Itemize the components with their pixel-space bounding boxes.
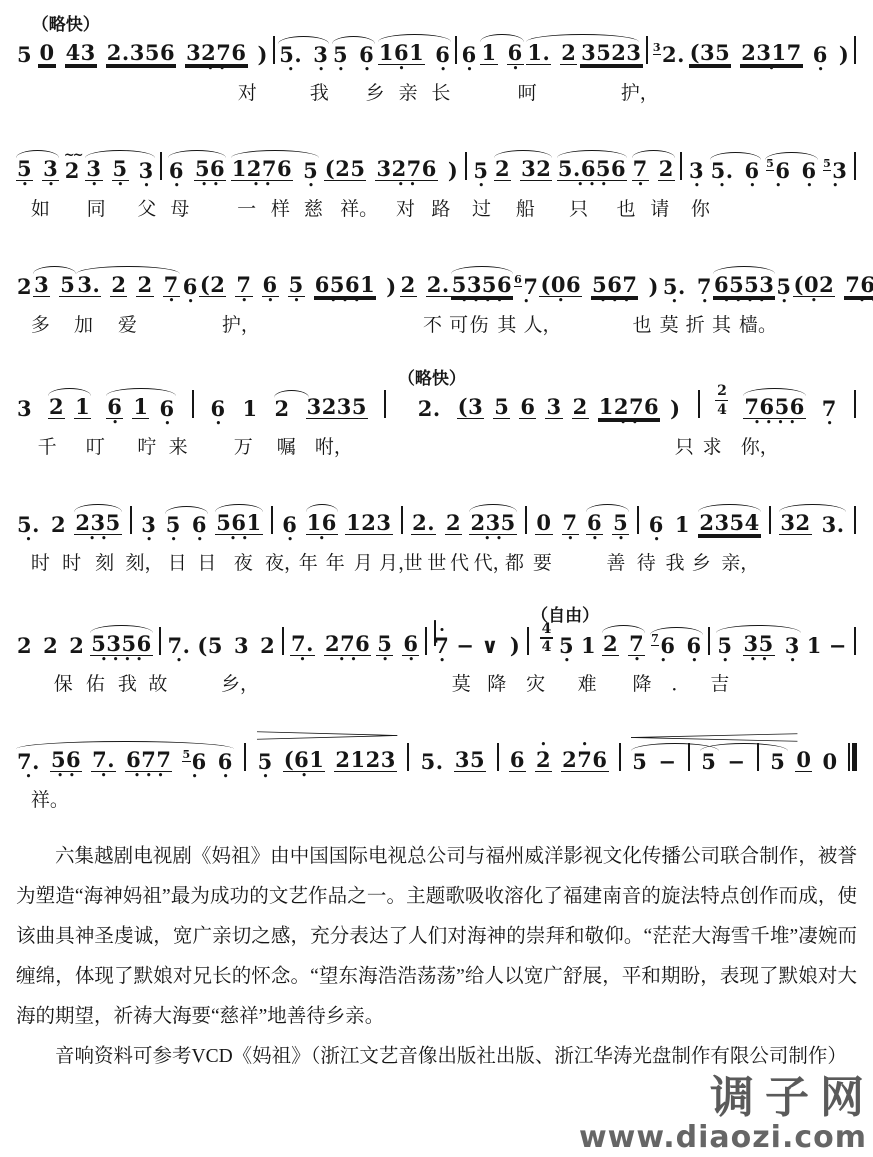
octave-dots-below: • [716, 659, 733, 664]
lyric-syllable: 保 [54, 669, 73, 696]
note-group: 2354 [698, 512, 760, 535]
note-group: 6•16• [106, 396, 175, 419]
lyric-syllable: 船 [516, 194, 535, 221]
barline [160, 152, 162, 180]
note: 276•• [324, 633, 371, 656]
note-group: 6•1 [648, 514, 691, 535]
note: 7• [562, 512, 579, 535]
note: 6• [358, 44, 375, 65]
octave-dots-below: • [283, 774, 326, 779]
note-group: 35 [33, 274, 76, 297]
note-group: 5.656••• [557, 158, 627, 181]
lyric-syllable: 也 [633, 310, 652, 337]
octave-dots-below: •• [50, 774, 82, 779]
barline [646, 36, 648, 64]
lyric-syllable: 对 [396, 194, 415, 221]
note-group: 5356•••• [90, 633, 152, 656]
grace-note: 6 [514, 273, 522, 287]
note-group: 3 [16, 398, 33, 419]
note: 123 [345, 512, 392, 535]
lyric-syllable: ． [671, 669, 690, 696]
barline [525, 506, 527, 534]
lyric-syllable: 千 [38, 432, 57, 459]
note: 1 [74, 396, 91, 419]
note: 5 [493, 396, 510, 419]
note-group: 1276••5• [231, 158, 320, 181]
lyric-syllable: 我 [118, 669, 137, 696]
octave-dots-below: • [472, 184, 489, 189]
note: 276• [561, 749, 608, 772]
note: 32 [779, 512, 811, 535]
music-system-6: 2225356••••7.•(5327.•276••5•6•7•−∨)（自由）4… [14, 592, 859, 697]
note: 6• [744, 160, 761, 181]
lyric-syllable: 同 [87, 194, 106, 221]
time-signature: 44 [540, 622, 553, 655]
note: 7• [628, 633, 645, 656]
octave-dots-below: • [138, 184, 155, 189]
note: (35 [689, 42, 732, 65]
barline [854, 390, 856, 418]
note-group: 16• [306, 512, 338, 535]
note-group: 7.•276•• [290, 633, 371, 656]
note-group: 67• [513, 276, 539, 297]
octave-dots-below: • [376, 658, 393, 663]
note: 6• [507, 42, 524, 65]
note-group: 1 [806, 635, 823, 656]
lyric-syllable: 夜， [265, 548, 303, 575]
octave-dots-below: • [191, 538, 208, 543]
octave-dots-below: •••• [743, 421, 805, 426]
note: (61• [283, 749, 326, 772]
note: 5.656••• [557, 158, 627, 181]
lyric-syllable: 长 [431, 78, 450, 105]
barline [407, 743, 409, 771]
note-group: 53• [822, 160, 848, 181]
note-group: 323. [779, 512, 845, 535]
note: 32 [520, 158, 552, 181]
watermark-site-url: www.diaozi.com [579, 1123, 867, 1153]
lyric-syllable: 嘱 [277, 432, 296, 459]
note-group: − [455, 635, 475, 656]
note: 6561••• [314, 274, 376, 297]
note: 6• [262, 274, 279, 297]
music-system-5: 5.•2235••3•5•6•561••6•16•1232.2235••07•6… [14, 476, 859, 575]
note: 76• [650, 635, 676, 656]
octave-dots-below: • [163, 299, 180, 304]
slur-arc [16, 741, 234, 749]
note: 5• [612, 512, 629, 535]
barline [708, 627, 710, 655]
barline [273, 36, 275, 64]
octave-dots-below: • [312, 68, 329, 73]
grace-note: 7 [651, 632, 659, 646]
note: 2 [274, 398, 291, 419]
note: 56• [765, 160, 791, 181]
octave-dots-below: • [558, 659, 575, 664]
octave-dots-below: • [765, 184, 791, 189]
note-group: 561•• [215, 512, 262, 535]
notation-line: 3216•16•6•123235（略快）2.(356321276••)24765… [14, 354, 859, 432]
octave-dots-below: • [710, 184, 735, 189]
barline [192, 390, 194, 418]
note-group: 5•6• [376, 633, 419, 656]
octave-dots-below: • [628, 658, 645, 663]
note-group: 161•6• [378, 42, 451, 65]
notation-line: 7.•56••7.•677•••56•6•5•(61•21235.3562•27… [14, 713, 859, 785]
note-group: 6553•••• [713, 274, 775, 297]
note-group: 1 [241, 398, 258, 419]
octave-dots-below: ••• [557, 183, 627, 188]
lyric-syllable: 亲， [721, 548, 759, 575]
octave-dots-below: • [822, 184, 848, 189]
note-group: 3.227• [76, 274, 179, 297]
note: 2~~ [64, 160, 81, 181]
lyric-syllable: 其 [497, 310, 516, 337]
octave-dots-below: • [85, 183, 102, 188]
note: 16• [306, 512, 338, 535]
note: 2 [572, 396, 589, 419]
sheet-music: 5（略快）0432.3563276••)5.•3•5•6•161•6•6•16•… [0, 0, 873, 812]
octave-dots-below: • [696, 300, 713, 305]
lyric-syllable: 其 [712, 310, 731, 337]
final-barline [848, 743, 857, 771]
lyric-syllable: 待 [637, 548, 656, 575]
lyric-syllable: 日 [168, 548, 187, 575]
note-group: 2.2 [411, 512, 462, 535]
octave-dots-below: • [648, 538, 665, 543]
note: 5 [631, 751, 648, 772]
note: 2 [68, 635, 85, 656]
note: − [657, 751, 677, 772]
note-group: 500 [769, 749, 838, 772]
note: 7• [235, 274, 252, 297]
note: ) [647, 276, 659, 297]
note: 2 [560, 42, 577, 65]
note: 235•• [469, 512, 516, 535]
barline [384, 390, 386, 418]
note-group: 5•35••3• [716, 633, 800, 656]
lyric-syllable: 日 [197, 548, 216, 575]
note-group: 3• [140, 514, 157, 535]
note: 567••• [591, 274, 638, 297]
octave-dots-below: • [42, 183, 59, 188]
lyric-syllable: 代 [450, 548, 469, 575]
note: 3• [140, 514, 157, 535]
note: 3. [76, 274, 101, 297]
lyric-syllable: 祥。 [340, 194, 378, 221]
note: 1 [806, 635, 823, 656]
lyric-syllable: 你 [691, 194, 710, 221]
note: 6• [106, 396, 123, 419]
note: 6• [434, 44, 451, 65]
note: 5• [16, 158, 33, 181]
note: 5• [775, 276, 792, 297]
barline [680, 152, 682, 180]
note-group: 235•• [469, 512, 516, 535]
note: 2317• [740, 42, 802, 65]
note: 5• [288, 274, 305, 297]
octave-dots-below: • [217, 775, 234, 780]
decrescendo-hairpin [257, 731, 397, 740]
note-group: 5 [16, 44, 33, 65]
note-group: 35 [454, 749, 486, 772]
note: 2 [400, 274, 417, 297]
octave-dots-below: • [257, 775, 274, 780]
lyric-syllable: 我 [310, 78, 329, 105]
note: 6 [509, 749, 526, 772]
octave-dots-below: • [632, 183, 649, 188]
octave-dots-below: • [278, 68, 303, 73]
note: 3• [312, 44, 329, 65]
note: 1276•• [231, 158, 293, 181]
note: 56• [181, 751, 207, 772]
note: 6553•••• [713, 274, 775, 297]
note-group: 6• [182, 276, 199, 297]
lyric-syllable: 降 [633, 669, 652, 696]
note: 7• [696, 276, 713, 297]
lyric-syllable: 乡， [221, 669, 259, 696]
fermata-dot [440, 628, 443, 631]
lyric-syllable: 不 [423, 310, 442, 337]
lyric-line: 时时刻刻，日日夜夜，年年月月，世世代代，都要善待我乡亲， [14, 548, 859, 575]
note-group: (06•567•••) [539, 274, 659, 297]
note: ) [385, 276, 397, 297]
note-group: 2. [417, 398, 442, 419]
note-group: 62•276• [509, 749, 609, 772]
lyric-syllable: 时 [31, 548, 50, 575]
note: 2 [16, 635, 33, 656]
note-group: 5• [472, 160, 489, 181]
note: (5 [196, 635, 224, 656]
lyric-syllable: 样 [271, 194, 290, 221]
note-group: 5− [700, 751, 746, 772]
note: 3276•• [185, 42, 247, 65]
note-group: 5• [775, 276, 792, 297]
note-group: 235•• [74, 512, 121, 535]
note-group: 5− [631, 751, 677, 772]
note: 7.• [167, 635, 192, 656]
note-group: 7.•56••7.•677•••56•6• [16, 749, 234, 772]
note: (06• [539, 274, 582, 297]
octave-dots-below: •• [194, 183, 226, 188]
note: 3 [33, 274, 50, 297]
lyric-syllable: 护， [222, 310, 260, 337]
note: 677••• [125, 749, 172, 772]
note: 2 [602, 633, 619, 656]
octave-dots-below: •• [185, 67, 247, 72]
note: 6• [800, 160, 817, 181]
note: − [828, 635, 848, 656]
note-group: (352317•6•) [689, 42, 851, 65]
grace-note: 5 [766, 157, 774, 171]
lyric-syllable: 呵 [518, 78, 537, 105]
time-signature-denominator: 4 [717, 403, 727, 417]
octave-dots-below: • [112, 183, 129, 188]
octave-dots-below: • [507, 67, 524, 72]
octave-dots-below: • [378, 67, 425, 72]
lyric-syllable: 时 [62, 548, 81, 575]
notation-line: 5.•2235••3•5•6•561••6•16•1232.2235••07•6… [14, 476, 859, 548]
note: 6• [168, 160, 185, 181]
music-system-3: 2353.227•6•(27•6•5•6561•••)22.5356••••67… [14, 238, 859, 337]
note: 5 [700, 751, 717, 772]
octave-dot-above: • [535, 743, 552, 748]
lyric-syllable: 叮 [86, 432, 105, 459]
note: 1 [580, 635, 597, 656]
octave-dots-below: ••• [591, 299, 638, 304]
note: 35•• [743, 633, 775, 656]
note-group: 2~~ [64, 160, 81, 181]
note: 3235 [306, 396, 368, 419]
note: ) [669, 398, 681, 419]
lyric-syllable: 也 [616, 194, 635, 221]
lyric-syllable: 乡 [366, 78, 385, 105]
tempo-label: （自由） [531, 607, 599, 624]
note: 67• [513, 276, 539, 297]
note: − [726, 751, 746, 772]
octave-dots-below: • [165, 538, 182, 543]
grace-note: 5 [823, 157, 831, 171]
barline [854, 152, 856, 180]
lyric-syllable: 万 [234, 432, 253, 459]
octave-dots-below: •• [469, 537, 516, 542]
lyric-syllable: 人， [524, 310, 562, 337]
octave-dots-below: • [513, 300, 539, 305]
octave-dots-below: • [158, 422, 175, 427]
lyric-syllable: 伤 [469, 310, 488, 337]
octave-dots-below: • [793, 299, 836, 304]
barline [527, 627, 529, 655]
octave-dots-below: • [106, 421, 123, 426]
note-group: 32. [652, 44, 686, 65]
tempo-label: （略快） [398, 370, 466, 387]
note-group: 3235 [306, 396, 368, 419]
note-group: 22. [400, 274, 451, 297]
octave-dots-below: • [562, 537, 579, 542]
barline [698, 390, 700, 418]
octave-dots-below: • [302, 184, 319, 189]
lyric-syllable: 佑 [86, 669, 105, 696]
lyric-syllable: 过 [472, 194, 491, 221]
note-group: 5• [558, 635, 575, 656]
note: 43 [65, 42, 97, 65]
note-group: 7• [821, 398, 838, 419]
octave-dots-below: • [358, 68, 375, 73]
note: 7• [632, 158, 649, 181]
note: 2• [535, 749, 552, 772]
lyric-syllable: 灾 [526, 669, 545, 696]
barline [637, 506, 639, 534]
barline [465, 152, 467, 180]
note: 7.• [91, 749, 116, 772]
octave-dots-below: •• [215, 537, 262, 542]
note: 6• [461, 44, 478, 65]
octave-dots-below: • [821, 422, 838, 427]
note: 5.• [16, 514, 41, 535]
octave-dots-below: • [140, 538, 157, 543]
note-group: 27• [602, 633, 645, 656]
note: 7• [163, 274, 180, 297]
note: 2 [50, 514, 67, 535]
lyric-syllable: 对 [238, 78, 257, 105]
note-group: − [828, 635, 848, 656]
note: 3• [42, 158, 59, 181]
lyric-syllable: 降 [487, 669, 506, 696]
lyric-line: 对我乡亲长呵护， [14, 78, 859, 105]
lyric-line: 保佑我故乡，莫降灾难降．吉 [14, 669, 859, 696]
description-section: 六集越剧电视剧《妈祖》由中国国际电视总公司与福州威洋影视文化传播公司联合制作，被… [0, 829, 873, 1077]
note: 2.356 [106, 42, 176, 65]
note: 3• [85, 158, 102, 181]
lyric-syllable: 慈 [304, 194, 323, 221]
note: 0 [535, 512, 552, 535]
lyric-syllable: 加 [74, 310, 93, 337]
octave-dots-below: • [16, 183, 33, 188]
octave-dots-below: • [235, 299, 252, 304]
note: 2. [426, 274, 451, 297]
octave-dots-below: • [262, 299, 279, 304]
lyric-syllable: 路 [431, 194, 450, 221]
octave-dots-below: • [91, 774, 116, 779]
barline [455, 36, 457, 64]
note-group: (253276••) [324, 158, 460, 181]
note: 235•• [74, 512, 121, 535]
note: 5• [112, 158, 129, 181]
note: 2 [136, 274, 153, 297]
note: (02• [793, 274, 836, 297]
note: 3• [138, 160, 155, 181]
lyric-syllable: 请 [650, 194, 669, 221]
lyric-syllable: 你， [741, 432, 779, 459]
note: 3• [784, 635, 801, 656]
note: ) [509, 635, 521, 656]
note: 7.• [290, 633, 315, 656]
octave-dots-below: • [306, 537, 338, 542]
note: 5356•••• [90, 633, 152, 656]
note: 0 [821, 751, 838, 772]
octave-dots-below: ••• [125, 774, 172, 779]
note: 7656•••• [743, 396, 805, 419]
note-group: 7• [433, 635, 450, 656]
note-group: 6• [461, 44, 478, 65]
note: 6• [217, 751, 234, 772]
notation-line: 2225356••••7.•(5327.•276••5•6•7•−∨)（自由）4… [14, 592, 859, 670]
lyric-line: 如同父母一样慈祥。对路过船只也请你 [14, 194, 859, 221]
note: 5 [59, 274, 76, 297]
note: 3. [821, 514, 846, 535]
lyric-line: 多加爱护，不可伤其人，也莫折其樯。 [14, 310, 859, 337]
note-group: 5•(61•2123 [257, 749, 397, 772]
note-group: 5•6• [165, 514, 208, 535]
note-group: 232 [494, 158, 552, 181]
note-group: (532 [196, 635, 276, 656]
note-group: 3•5•3• [85, 158, 154, 181]
note: 5 [16, 44, 33, 65]
barline [159, 627, 161, 655]
note-group: 7.• [167, 635, 192, 656]
note-group: (02•765••) [793, 274, 873, 297]
note: 5 [769, 751, 786, 772]
note: 6• [158, 398, 175, 419]
note: 2 [16, 276, 33, 297]
notation-line: 5•3•2~~3•5•3•6•56••1276••5•(253276••)5•2… [14, 122, 859, 194]
barline [854, 36, 856, 64]
note-group: 5•3• [16, 158, 59, 181]
note: 56•• [50, 749, 82, 772]
note: 2. [417, 398, 442, 419]
note-group: 5.•3• [278, 44, 329, 65]
note-group: 16• [480, 42, 523, 65]
